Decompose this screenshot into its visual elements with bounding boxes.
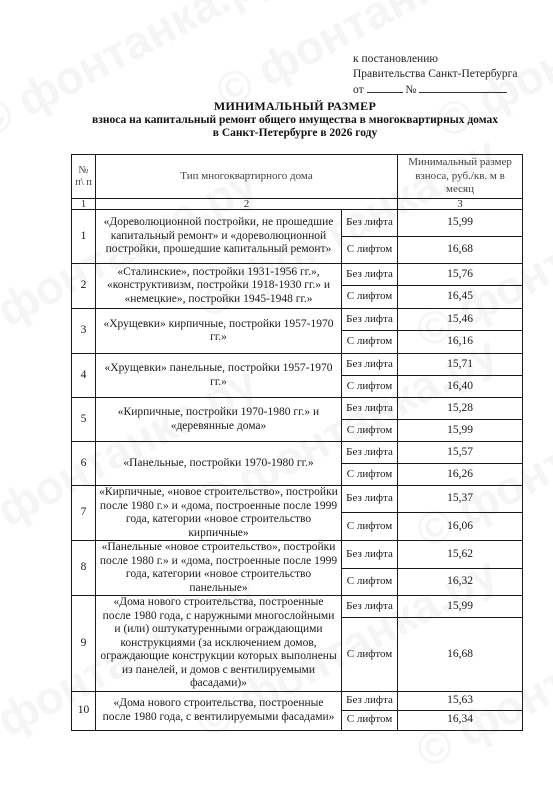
row-number: 3 xyxy=(72,309,96,354)
with-lift-rate: 16,68 xyxy=(398,618,523,691)
with-lift-label: С лифтом xyxy=(342,710,398,730)
building-type: «Кирпичные, постройки 1970-1980 гг.» и «… xyxy=(96,398,342,442)
with-lift-label: С лифтом xyxy=(342,420,398,442)
from-label: от xyxy=(353,84,364,96)
no-lift-rate: 15,28 xyxy=(398,398,523,420)
building-type: «Кирпичные, «новое строительство», постр… xyxy=(96,486,342,541)
table-row: 5«Кирпичные, постройки 1970-1980 гг.» и … xyxy=(72,398,523,420)
table-index-row: 1 2 3 xyxy=(72,199,523,210)
index-2: 2 xyxy=(96,199,398,210)
row-number: 7 xyxy=(72,486,96,541)
approval-block: к постановлению Правительства Санкт-Пете… xyxy=(353,52,518,98)
no-lift-label: Без лифта xyxy=(342,354,398,376)
header-type: Тип многоквартирного дома xyxy=(96,155,398,199)
with-lift-label: С лифтом xyxy=(342,376,398,398)
with-lift-rate: 16,68 xyxy=(398,237,523,264)
number-label: № xyxy=(405,84,416,96)
table-row: 3«Хрущевки» кирпичные, постройки 1957-19… xyxy=(72,309,523,331)
with-lift-rate: 16,34 xyxy=(398,710,523,730)
no-lift-rate: 15,62 xyxy=(398,541,523,569)
number-blank xyxy=(419,82,507,93)
with-lift-label: С лифтом xyxy=(342,513,398,541)
title-main: МИНИМАЛЬНЫЙ РАЗМЕР xyxy=(60,100,530,114)
approval-line-1: к постановлению xyxy=(353,52,518,67)
table-row: 10«Дома нового строительства, построенны… xyxy=(72,691,523,710)
with-lift-rate: 16,26 xyxy=(398,464,523,486)
no-lift-rate: 15,71 xyxy=(398,354,523,376)
table-row: 8«Панельные «новое строительство», постр… xyxy=(72,541,523,569)
table-row: 7«Кирпичные, «новое строительство», пост… xyxy=(72,486,523,513)
building-type: «Сталинские», постройки 1931-1956 гг.», … xyxy=(96,264,342,309)
table-header-row: № п\ п Тип многоквартирного дома Минимал… xyxy=(72,155,523,199)
no-lift-rate: 15,99 xyxy=(398,596,523,618)
header-num: № п\ п xyxy=(72,155,96,199)
with-lift-label: С лифтом xyxy=(342,286,398,309)
building-type: «Панельные «новое строительство», постро… xyxy=(96,541,342,596)
row-number: 8 xyxy=(72,541,96,596)
table-row: 9«Дома нового строительства, построенные… xyxy=(72,596,523,618)
no-lift-label: Без лифта xyxy=(342,541,398,569)
approval-date-number: от № xyxy=(353,82,518,98)
date-blank xyxy=(367,82,403,93)
table-row: 4«Хрущевки» панельные, постройки 1957-19… xyxy=(72,354,523,376)
no-lift-label: Без лифта xyxy=(342,442,398,464)
no-lift-rate: 15,57 xyxy=(398,442,523,464)
no-lift-label: Без лифта xyxy=(342,309,398,331)
no-lift-label: Без лифта xyxy=(342,398,398,420)
header-rate: Минимальный размер взноса, руб./кв. м в … xyxy=(398,155,523,199)
with-lift-rate: 16,45 xyxy=(398,286,523,309)
building-type: «Дома нового строительства, построенные … xyxy=(96,691,342,730)
no-lift-rate: 15,76 xyxy=(398,264,523,286)
building-type: «Хрущевки» кирпичные, постройки 1957-197… xyxy=(96,309,342,354)
table-row: 6«Панельные, постройки 1970-1980 гг.»Без… xyxy=(72,442,523,464)
row-number: 5 xyxy=(72,398,96,442)
with-lift-label: С лифтом xyxy=(342,464,398,486)
row-number: 6 xyxy=(72,442,96,486)
with-lift-rate: 15,99 xyxy=(398,420,523,442)
no-lift-label: Без лифта xyxy=(342,486,398,513)
no-lift-rate: 15,63 xyxy=(398,691,523,710)
row-number: 2 xyxy=(72,264,96,309)
row-number: 10 xyxy=(72,691,96,730)
document-title: МИНИМАЛЬНЫЙ РАЗМЕР взноса на капитальный… xyxy=(60,100,530,141)
index-1: 1 xyxy=(72,199,96,210)
table-row: 1«Дореволюционной постройки, не прошедши… xyxy=(72,210,523,237)
with-lift-label: С лифтом xyxy=(342,331,398,354)
row-number: 9 xyxy=(72,596,96,692)
row-number: 4 xyxy=(72,354,96,398)
with-lift-rate: 16,16 xyxy=(398,331,523,354)
with-lift-rate: 16,40 xyxy=(398,376,523,398)
table-row: 2«Сталинские», постройки 1931-1956 гг.»,… xyxy=(72,264,523,286)
building-type: «Хрущевки» панельные, постройки 1957-197… xyxy=(96,354,342,398)
no-lift-rate: 15,46 xyxy=(398,309,523,331)
title-line-2: взноса на капитальный ремонт общего имущ… xyxy=(60,114,530,128)
approval-line-2: Правительства Санкт-Петербурга xyxy=(353,67,518,82)
no-lift-label: Без лифта xyxy=(342,210,398,237)
with-lift-rate: 16,06 xyxy=(398,513,523,541)
building-type: «Дома нового строительства, построенные … xyxy=(96,596,342,692)
with-lift-label: С лифтом xyxy=(342,237,398,264)
no-lift-label: Без лифта xyxy=(342,691,398,710)
index-3: 3 xyxy=(398,199,523,210)
rates-table: № п\ п Тип многоквартирного дома Минимал… xyxy=(71,154,523,731)
with-lift-label: С лифтом xyxy=(342,618,398,691)
no-lift-rate: 15,99 xyxy=(398,210,523,237)
title-line-3: в Санкт-Петербурге в 2026 году xyxy=(60,127,530,141)
building-type: «Дореволюционной постройки, не прошедшие… xyxy=(96,210,342,264)
no-lift-label: Без лифта xyxy=(342,596,398,618)
with-lift-rate: 16,32 xyxy=(398,568,523,596)
with-lift-label: С лифтом xyxy=(342,568,398,596)
no-lift-label: Без лифта xyxy=(342,264,398,286)
row-number: 1 xyxy=(72,210,96,264)
no-lift-rate: 15,37 xyxy=(398,486,523,513)
building-type: «Панельные, постройки 1970-1980 гг.» xyxy=(96,442,342,486)
